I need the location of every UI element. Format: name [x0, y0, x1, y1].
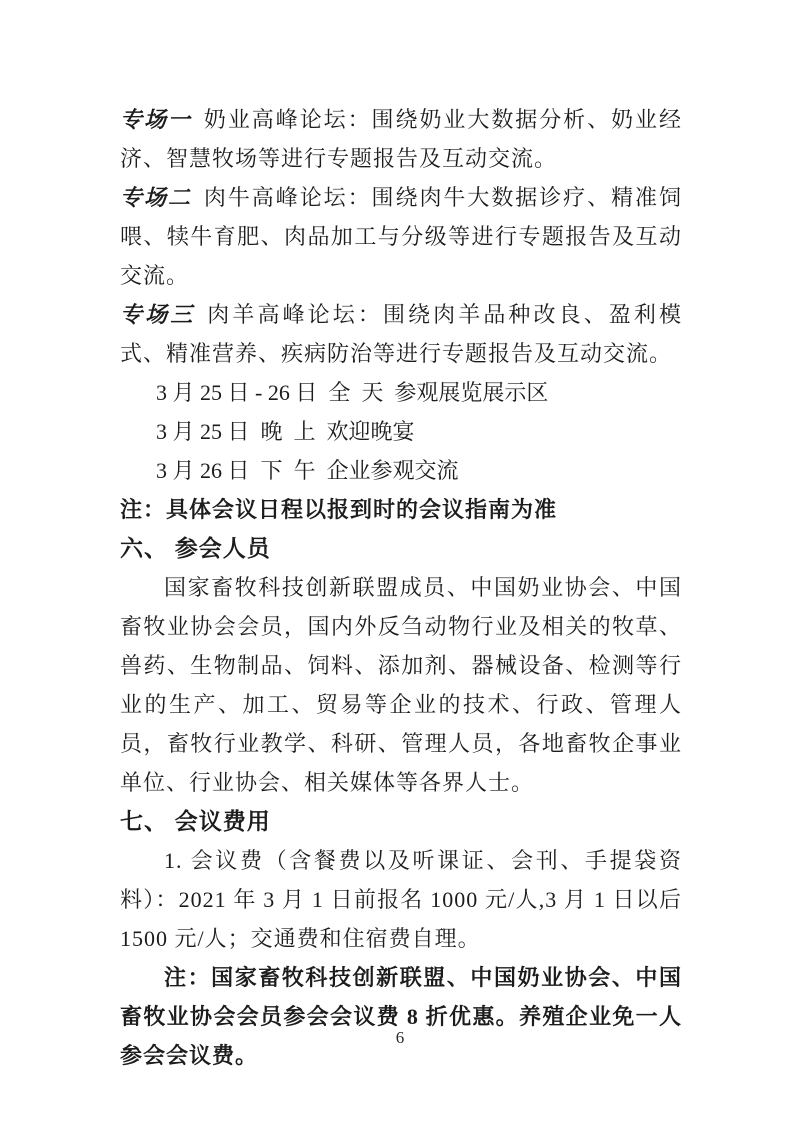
section7-heading: 七、 会议费用 [120, 802, 682, 841]
schedule-line-3: 3 月 26 日 下 午 企业参观交流 [120, 451, 682, 490]
schedule-note: 注：具体会议日程以报到时的会议指南为准 [120, 490, 682, 529]
schedule-line-1: 3 月 25 日 - 26 日 全 天 参观展览展示区 [120, 373, 682, 412]
document-page: 专场一奶业高峰论坛：围绕奶业大数据分析、奶业经济、智慧牧场等进行专题报告及互动交… [0, 0, 800, 1131]
section6-body: 国家畜牧科技创新联盟成员、中国奶业协会、中国畜牧业协会会员，国内外反刍动物行业及… [120, 568, 682, 802]
section7-fee-item: 1. 会议费（含餐费以及听课证、会刊、手提袋资料）：2021 年 3 月 1 日… [120, 841, 682, 958]
session-label-1: 专场一 [120, 107, 192, 132]
schedule-line-2: 3 月 25 日 晚 上 欢迎晚宴 [120, 412, 682, 451]
section7-fee-note: 注：国家畜牧科技创新联盟、中国奶业协会、中国畜牧业协会会员参会会议费 8 折优惠… [120, 958, 682, 1075]
session-label-3: 专场三 [120, 302, 195, 327]
session-text-1: 奶业高峰论坛：围绕奶业大数据分析、奶业经济、智慧牧场等进行专题报告及互动交流。 [120, 107, 682, 171]
session-paragraph-2: 专场二肉牛高峰论坛：围绕肉牛大数据诊疗、精准饲喂、犊牛育肥、肉品加工与分级等进行… [120, 178, 682, 295]
page-number: 6 [0, 1028, 800, 1048]
session-paragraph-1: 专场一奶业高峰论坛：围绕奶业大数据分析、奶业经济、智慧牧场等进行专题报告及互动交… [120, 100, 682, 178]
section6-heading: 六、 参会人员 [120, 529, 682, 568]
session-text-3: 肉羊高峰论坛：围绕肉羊品种改良、盈利模式、精准营养、疾病防治等进行专题报告及互动… [120, 302, 682, 366]
session-text-2: 肉牛高峰论坛：围绕肉牛大数据诊疗、精准饲喂、犊牛育肥、肉品加工与分级等进行专题报… [120, 185, 682, 288]
document-content: 专场一奶业高峰论坛：围绕奶业大数据分析、奶业经济、智慧牧场等进行专题报告及互动交… [120, 100, 682, 1075]
session-label-2: 专场二 [120, 185, 192, 210]
session-paragraph-3: 专场三肉羊高峰论坛：围绕肉羊品种改良、盈利模式、精准营养、疾病防治等进行专题报告… [120, 295, 682, 373]
